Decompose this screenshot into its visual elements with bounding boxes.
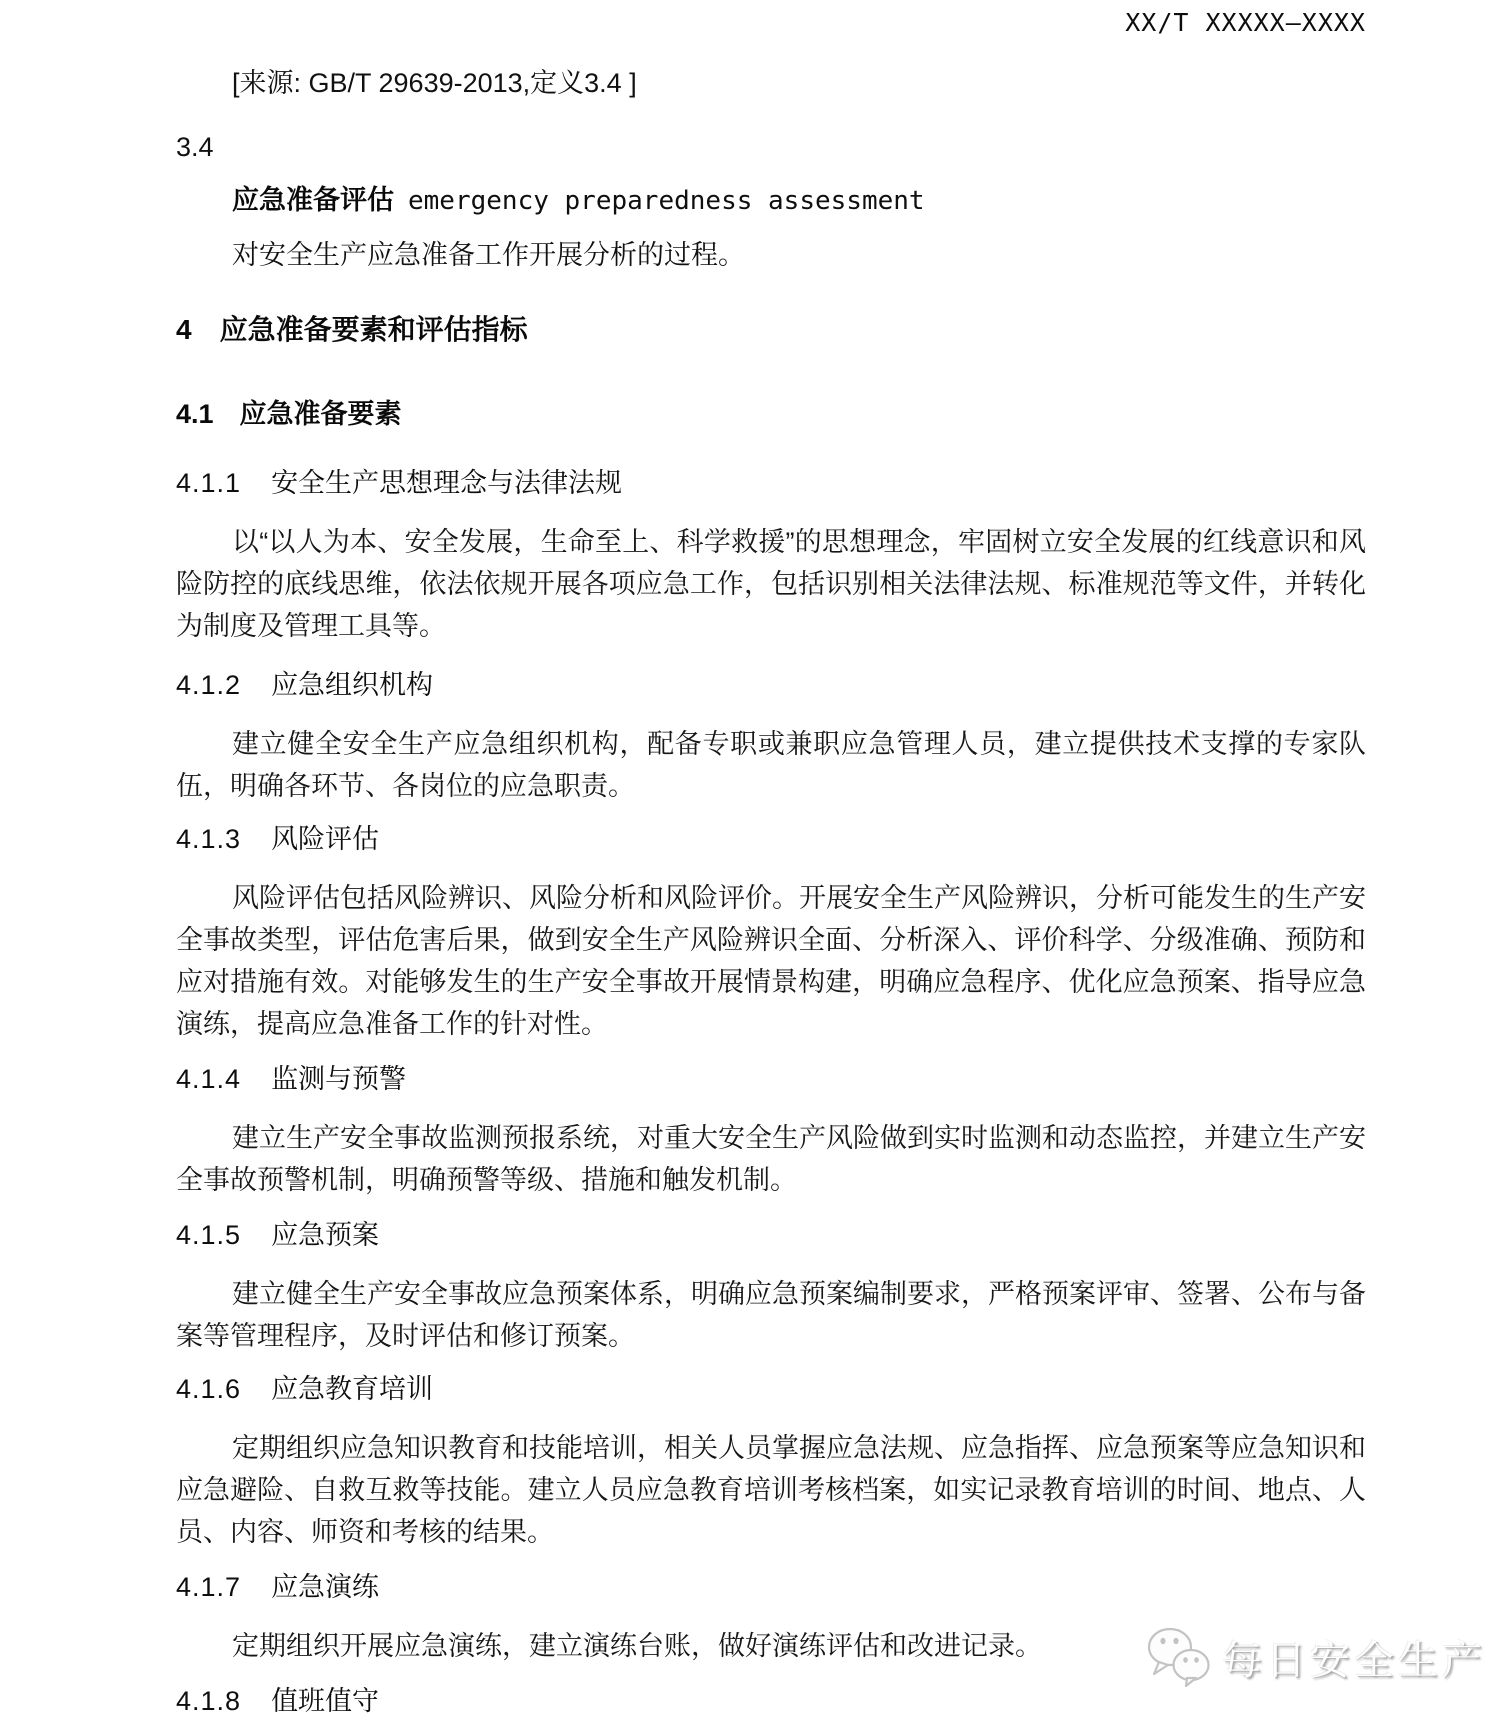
subsection-paragraph: 定期组织应急知识教育和技能培训，相关人员掌握应急法规、应急指挥、应急预案等应急知… [176, 1427, 1366, 1553]
subsection-heading-4-1-6: 4.1.6应急教育培训 [176, 1372, 1366, 1406]
subsection-number: 4.1.8 [176, 1686, 241, 1716]
subsection-paragraph: 建立生产安全事故监测预报系统，对重大安全生产风险做到实时监测和动态监控，并建立生… [176, 1117, 1366, 1201]
subsection-paragraph: 建立健全安全生产应急组织机构，配备专职或兼职应急管理人员，建立提供技术支撑的专家… [176, 723, 1366, 807]
subsection-heading-4-1-8: 4.1.8值班值守 [176, 1684, 1366, 1718]
subsection-paragraph: 风险评估包括风险辨识、风险分析和风险评价。开展安全生产风险辨识，分析可能发生的生… [176, 877, 1366, 1045]
term-number: 3.4 [176, 130, 1366, 164]
subsection-number: 4.1.4 [176, 1064, 241, 1094]
subsection-title: 应急演练 [271, 1572, 379, 1602]
term-heading: 应急准备评估emergency preparedness assessment [176, 182, 1366, 219]
term-definition: 对安全生产应急准备工作开展分析的过程。 [176, 237, 1366, 273]
page: XX/T XXXXX—XXXX [来源: GB/T 29639-2013,定义3… [0, 0, 1488, 1724]
subsection-heading-4-1-5: 4.1.5应急预案 [176, 1218, 1366, 1252]
subsection-title: 安全生产思想理念与法律法规 [271, 468, 622, 498]
source-note: [来源: GB/T 29639-2013,定义3.4 ] [176, 66, 1366, 100]
section-heading-4-1: 4.1应急准备要素 [176, 396, 1366, 432]
subsection-heading-4-1-3: 4.1.3风险评估 [176, 822, 1366, 856]
subsection-heading-4-1-2: 4.1.2应急组织机构 [176, 668, 1366, 702]
subsection-title: 应急组织机构 [271, 670, 433, 700]
subsection-heading-4-1-1: 4.1.1安全生产思想理念与法律法规 [176, 466, 1366, 500]
subsection-title: 监测与预警 [271, 1064, 406, 1094]
subsection-title: 应急教育培训 [271, 1374, 433, 1404]
term-cn: 应急准备评估 [232, 185, 394, 215]
subsection-number: 4.1.2 [176, 670, 241, 700]
watermark-label: 每日安全生产 [1222, 1629, 1486, 1686]
chapter-title: 应急准备要素和评估指标 [220, 314, 528, 345]
doc-number: XX/T XXXXX—XXXX [176, 8, 1366, 38]
subsection-heading-4-1-4: 4.1.4监测与预警 [176, 1062, 1366, 1096]
section-4-1-title: 应急准备要素 [240, 399, 402, 429]
subsection-paragraph: 以“以人为本、安全发展，生命至上、科学救援”的思想理念，牢固树立安全发展的红线意… [176, 521, 1366, 647]
subsection-number: 4.1.1 [176, 468, 241, 498]
section-4-1-number: 4.1 [176, 399, 214, 429]
subsection-number: 4.1.6 [176, 1374, 241, 1404]
term-en: emergency preparedness assessment [408, 186, 925, 216]
watermark: 每日安全生产 [1146, 1626, 1486, 1688]
subsection-title: 风险评估 [271, 824, 379, 854]
chapter-heading: 4应急准备要素和评估指标 [176, 312, 1366, 348]
subsection-heading-4-1-7: 4.1.7应急演练 [176, 1570, 1366, 1604]
chapter-number: 4 [176, 314, 192, 345]
subsection-title: 值班值守 [271, 1686, 379, 1716]
subsection-title: 应急预案 [271, 1220, 379, 1250]
subsection-paragraph: 建立健全生产安全事故应急预案体系，明确应急预案编制要求，严格预案评审、签署、公布… [176, 1273, 1366, 1357]
subsection-number: 4.1.5 [176, 1220, 241, 1250]
subsection-number: 4.1.3 [176, 824, 241, 854]
wechat-icon [1146, 1626, 1212, 1688]
subsection-number: 4.1.7 [176, 1572, 241, 1602]
